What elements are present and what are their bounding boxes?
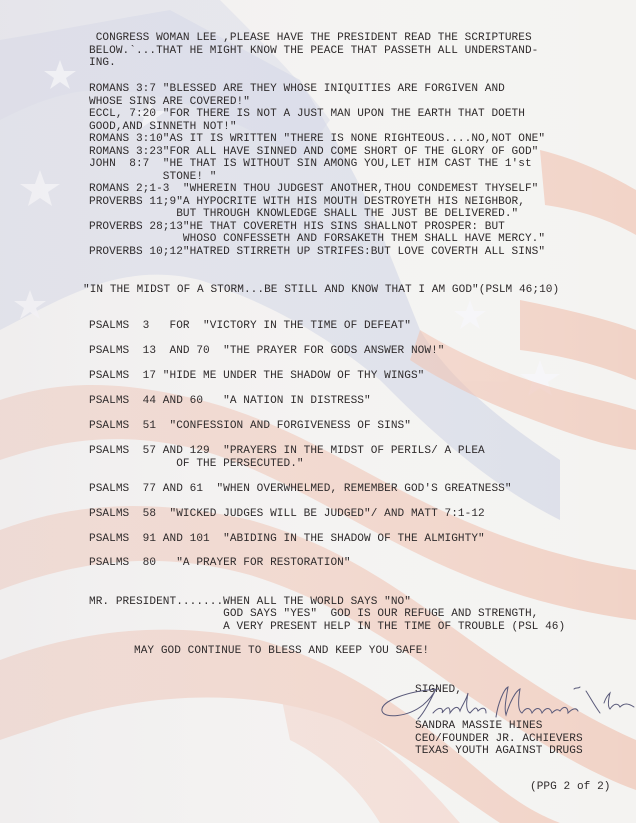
blessing: MAY GOD CONTINUE TO BLESS AND KEEP YOU S… <box>134 645 429 658</box>
psalm-entry: PSALMS 80 "A PRAYER FOR RESTORATION" <box>89 557 351 570</box>
handwritten-signature <box>378 683 636 723</box>
psalm-entry: PSALMS 51 "CONFESSION AND FORGIVENESS OF… <box>89 420 411 433</box>
scripture-line: ROMANS 3:10"AS IT IS WRITTEN "THERE IS N… <box>89 133 545 146</box>
intro-line: CONGRESS WOMAN LEE ,PLEASE HAVE THE PRES… <box>89 32 532 45</box>
psalm-entry: PSALMS 3 FOR "VICTORY IN THE TIME OF DEF… <box>89 320 411 333</box>
closing-line: A VERY PRESENT HELP IN THE TIME OF TROUB… <box>89 621 565 634</box>
psalm-entry: PSALMS 57 AND 129 "PRAYERS IN THE MIDST … <box>89 445 485 458</box>
scripture-line: BUT THROUGH KNOWLEDGE SHALL THE JUST BE … <box>89 208 518 221</box>
psalm-entry: PSALMS 17 "HIDE ME UNDER THE SHADOW OF T… <box>89 370 424 383</box>
psalm-entry: PSALMS 58 "WICKED JUDGES WILL BE JUDGED"… <box>89 508 485 521</box>
scripture-line: ROMANS 3:7 "BLESSED ARE THEY WHOSE INIQU… <box>89 83 505 96</box>
scripture-line: ECCL, 7:20 "FOR THERE IS NOT A JUST MAN … <box>89 108 525 121</box>
intro-line: BELOW.`...THAT HE MIGHT KNOW THE PEACE T… <box>89 45 538 58</box>
psalm-entry: PSALMS 91 AND 101 "ABIDING IN THE SHADOW… <box>89 533 485 546</box>
psalm-entry: PSALMS 44 AND 60 "A NATION IN DISTRESS" <box>89 395 371 408</box>
scripture-line: JOHN 8:7 "HE THAT IS WITHOUT SIN AMONG Y… <box>89 158 532 171</box>
scripture-line: WHOSO CONFESSETH AND FORSAKETH THEM SHAL… <box>89 233 545 246</box>
scripture-line: ROMANS 2;1-3 "WHEREIN THOU JUDGEST ANOTH… <box>89 183 538 196</box>
page-number: (PPG 2 of 2) <box>530 781 611 794</box>
letter-page: CONGRESS WOMAN LEE ,PLEASE HAVE THE PRES… <box>0 0 636 823</box>
intro-line: ING. <box>89 57 116 70</box>
closing-line: GOD SAYS "YES" GOD IS OUR REFUGE AND STR… <box>89 608 538 621</box>
psalm-entry: PSALMS 13 AND 70 "THE PRAYER FOR GODS AN… <box>89 345 445 358</box>
storm-quote: "IN THE MIDST OF A STORM...BE STILL AND … <box>83 284 559 297</box>
scripture-line: PROVERBS 10;12"HATRED STIRRETH UP STRIFE… <box>89 246 545 259</box>
signer-organization: TEXAS YOUTH AGAINST DRUGS <box>415 745 583 758</box>
psalm-entry: OF THE PERSECUTED." <box>89 458 304 471</box>
psalm-entry: PSALMS 77 AND 61 "WHEN OVERWHELMED, REME… <box>89 483 512 496</box>
